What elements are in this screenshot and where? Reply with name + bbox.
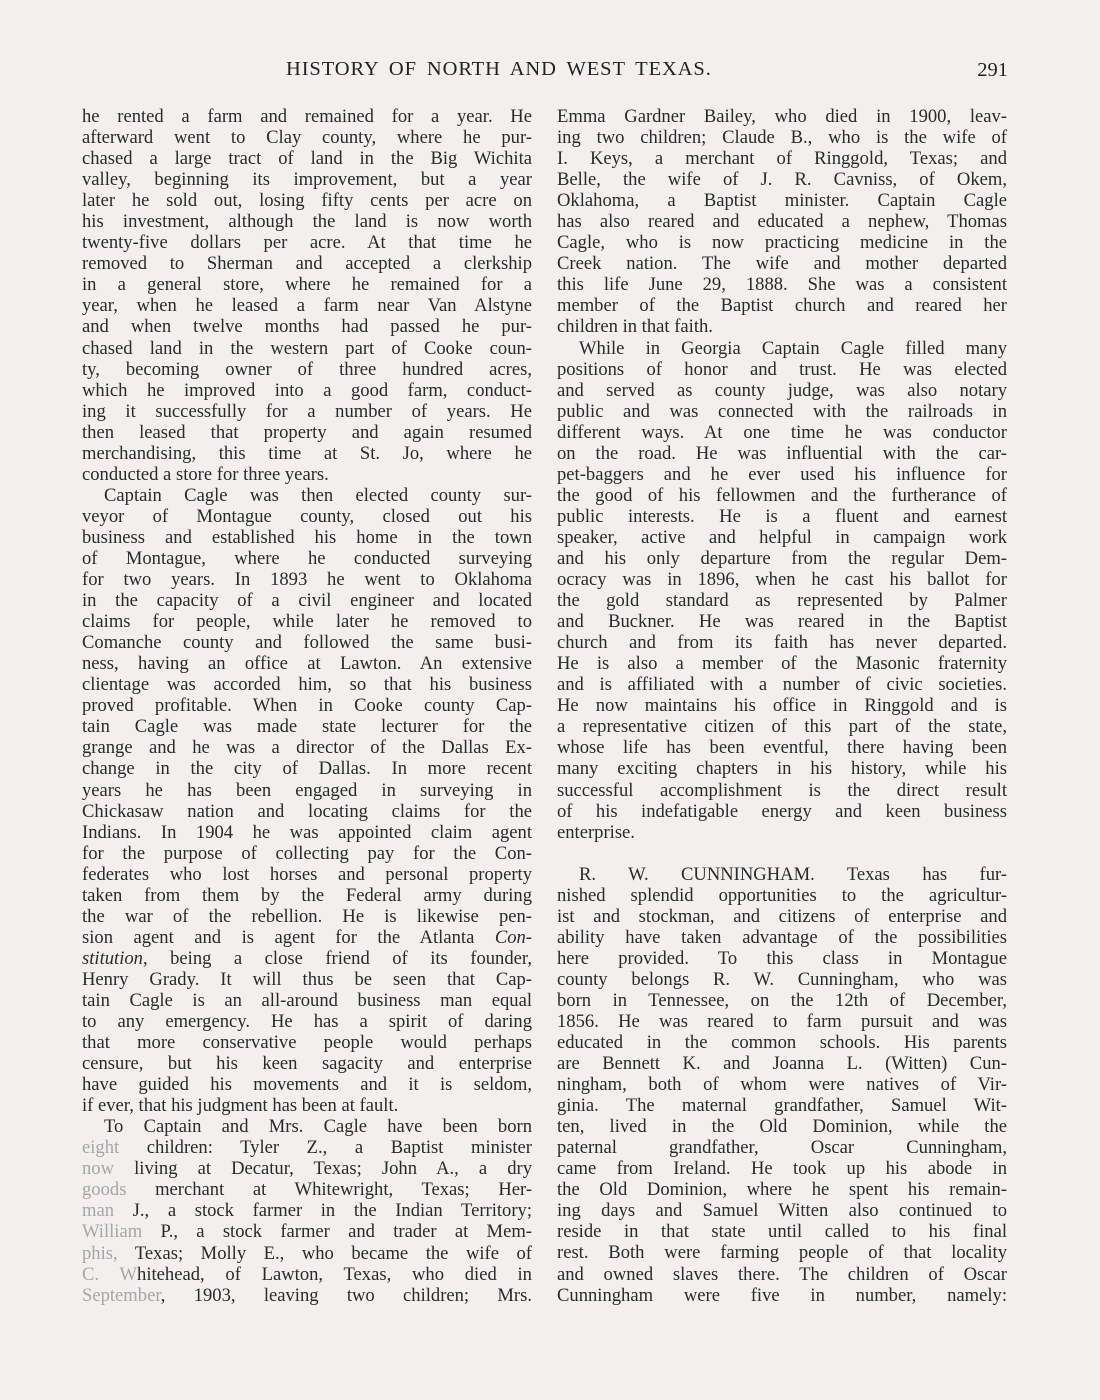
text-line: change in the city of Dallas. In more re… — [82, 758, 532, 779]
text-line: Comanche county and followed the same bu… — [82, 632, 532, 653]
text-line: year, when he leased a farm near Van Als… — [82, 295, 532, 316]
text-line: To Captain and Mrs. Cagle have been born — [82, 1116, 532, 1137]
paragraph-family-continued: Emma Gardner Bailey, who died in 1900, l… — [557, 106, 1007, 338]
text-line: Creek nation. The wife and mother depart… — [557, 253, 1007, 274]
italic-text: stitution — [82, 948, 143, 969]
left-column: he rented a farm and remained for a year… — [82, 106, 532, 1306]
text-line: C. Whitehead, of Lawton, Texas, who died… — [82, 1264, 532, 1285]
text-line: different ways. At one time he was condu… — [557, 422, 1007, 443]
text-line: ing days and Samuel Witten also continue… — [557, 1200, 1007, 1221]
text-line: and when twelve months had passed he pur… — [82, 316, 532, 337]
text-line: claims for people, while later he remove… — [82, 611, 532, 632]
right-column: Emma Gardner Bailey, who died in 1900, l… — [557, 106, 1007, 1306]
text-line: his investment, although the land is now… — [82, 211, 532, 232]
text-line: to any emergency. He has a spirit of dar… — [82, 1011, 532, 1032]
text-line: a representative citizen of this part of… — [557, 716, 1007, 737]
text-line: chased a large tract of land in the Big … — [82, 148, 532, 169]
text-line: he rented a farm and remained for a year… — [82, 106, 532, 127]
text-line: have guided his movements and it is seld… — [82, 1074, 532, 1095]
text-line: later he sold out, losing fifty cents pe… — [82, 190, 532, 211]
text-line: the good of his fellowmen and the furthe… — [557, 485, 1007, 506]
text-line: business and established his home in the… — [82, 527, 532, 548]
text-line: proved profitable. When in Cooke county … — [82, 695, 532, 716]
text-line: member of the Baptist church and reared … — [557, 295, 1007, 316]
text-line: tain Cagle is an all-around business man… — [82, 990, 532, 1011]
text-line: phis, Texas; Molly E., who became the wi… — [82, 1243, 532, 1264]
text-line: pet-baggers and he ever used his influen… — [557, 464, 1007, 485]
faded-text: now — [82, 1158, 114, 1179]
text-line: afterward went to Clay county, where he … — [82, 127, 532, 148]
text-line: positions of honor and trust. He was ele… — [557, 359, 1007, 380]
text-line: reside in that state until called to his… — [557, 1221, 1007, 1242]
text-line: September, 1903, leaving two children; M… — [82, 1285, 532, 1306]
text-line: I. Keys, a merchant of Ringgold, Texas; … — [557, 148, 1007, 169]
text-line: then leased that property and again resu… — [82, 422, 532, 443]
text-line: grange and he was a director of the Dall… — [82, 737, 532, 758]
text-line: taken from them by the Federal army duri… — [82, 885, 532, 906]
text-line: merchandising, this time at St. Jo, wher… — [82, 443, 532, 464]
text-line: conducted a store for three years. — [82, 464, 532, 485]
text-line: public and was connected with the railro… — [557, 401, 1007, 422]
text-line: ist and stockman, and citizens of enterp… — [557, 906, 1007, 927]
faded-text: goods — [82, 1179, 126, 1200]
text-line: which he improved into a good farm, cond… — [82, 380, 532, 401]
text-line: twenty-five dollars per acre. At that ti… — [82, 232, 532, 253]
text-line: nished splendid opportunities to the agr… — [557, 885, 1007, 906]
text-line: Oklahoma, a Baptist minister. Captain Ca… — [557, 190, 1007, 211]
text-line: removed to Sherman and accepted a clerks… — [82, 253, 532, 274]
text-line: ness, having an office at Lawton. An ext… — [82, 653, 532, 674]
text-line: ginia. The maternal grandfather, Samuel … — [557, 1095, 1007, 1116]
faded-text: September — [82, 1285, 161, 1306]
text-line: on the road. He was influential with the… — [557, 443, 1007, 464]
page-header: HISTORY OF NORTH AND WEST TEXAS. 291 — [286, 58, 1008, 88]
text-line: and his only departure from the regular … — [557, 548, 1007, 569]
text-line: 1856. He was reared to farm pursuit and … — [557, 1011, 1007, 1032]
text-line: years he has been engaged in surveying i… — [82, 780, 532, 801]
text-line: ing two children; Claude B., who is the … — [557, 127, 1007, 148]
text-line: ing it successfully for a number of year… — [82, 401, 532, 422]
faded-text: William — [82, 1221, 142, 1242]
text-line: the war of the rebellion. He is likewise… — [82, 906, 532, 927]
text-line: While in Georgia Captain Cagle filled ma… — [557, 338, 1007, 359]
text-line: now living at Decatur, Texas; John A., a… — [82, 1158, 532, 1179]
text-line: Henry Grady. It will thus be seen that C… — [82, 969, 532, 990]
section-gap — [557, 843, 1007, 864]
text-line: born in Tennessee, on the 12th of Decemb… — [557, 990, 1007, 1011]
text-line: ability have taken advantage of the poss… — [557, 927, 1007, 948]
text-line: whose life has been eventful, there havi… — [557, 737, 1007, 758]
text-line: and Buckner. He was reared in the Baptis… — [557, 611, 1007, 632]
text-line: goods merchant at Whitewright, Texas; He… — [82, 1179, 532, 1200]
faded-text: phis, — [82, 1243, 118, 1264]
text-line: of Montague, where he conducted surveyin… — [82, 548, 532, 569]
text-line: sion agent and is agent for the Atlanta … — [82, 927, 532, 948]
text-line: and owned slaves there. The children of … — [557, 1264, 1007, 1285]
text-line: church and from its faith has never depa… — [557, 632, 1007, 653]
faded-text: man — [82, 1200, 114, 1221]
text-line: valley, beginning its improvement, but a… — [82, 169, 532, 190]
text-line: and served as county judge, was also not… — [557, 380, 1007, 401]
text-line: ningham, both of whom were natives of Vi… — [557, 1074, 1007, 1095]
text-line: federates who lost horses and personal p… — [82, 864, 532, 885]
text-line: Emma Gardner Bailey, who died in 1900, l… — [557, 106, 1007, 127]
text-line: ten, lived in the Old Dominion, while th… — [557, 1116, 1007, 1137]
text-line: county belongs R. W. Cunningham, who was — [557, 969, 1007, 990]
text-line: came from Ireland. He took up his abode … — [557, 1158, 1007, 1179]
text-line: chased land in the western part of Cooke… — [82, 338, 532, 359]
text-line: public interests. He is a fluent and ear… — [557, 506, 1007, 527]
text-line: tain Cagle was made state lecturer for t… — [82, 716, 532, 737]
faded-text: C. W — [82, 1264, 137, 1285]
text-line: paternal grandfather, Oscar Cunningham, — [557, 1137, 1007, 1158]
paragraph-county-surveyor: Captain Cagle was then elected county su… — [82, 485, 532, 1116]
text-line: are Bennett K. and Joanna L. (Witten) Cu… — [557, 1053, 1007, 1074]
text-line: clientage was accorded him, so that his … — [82, 674, 532, 695]
text-line: that more conservative people would perh… — [82, 1032, 532, 1053]
text-line: eight children: Tyler Z., a Baptist mini… — [82, 1137, 532, 1158]
text-line: censure, but his keen sagacity and enter… — [82, 1053, 532, 1074]
text-line: rest. Both were farming people of that l… — [557, 1242, 1007, 1263]
text-line: enterprise. — [557, 822, 1007, 843]
text-line: ocracy was in 1896, when he cast his bal… — [557, 569, 1007, 590]
text-line: in a general store, where he remained fo… — [82, 274, 532, 295]
paragraph-georgia-career: While in Georgia Captain Cagle filled ma… — [557, 338, 1007, 843]
biography-heading-line: R. W. CUNNINGHAM. Texas has fur- — [557, 864, 1007, 885]
text-line: Chickasaw nation and locating claims for… — [82, 801, 532, 822]
text-line: speaker, active and helpful in campaign … — [557, 527, 1007, 548]
text-line: Cagle, who is now practicing medicine in… — [557, 232, 1007, 253]
text-line: Cunningham were five in number, namely: — [557, 1285, 1007, 1306]
text-line: and is affiliated with a number of civic… — [557, 674, 1007, 695]
text-line: if ever, that his judgment has been at f… — [82, 1095, 532, 1116]
text-line: ty, becoming owner of three hundred acre… — [82, 359, 532, 380]
text-line: man J., a stock farmer in the Indian Ter… — [82, 1200, 532, 1221]
faded-text: eight — [82, 1137, 119, 1158]
text-line: Captain Cagle was then elected county su… — [82, 485, 532, 506]
paragraph-farming-career: he rented a farm and remained for a year… — [82, 106, 532, 485]
text-line: Belle, the wife of J. R. Cavniss, of Oke… — [557, 169, 1007, 190]
text-line: children in that faith. — [557, 316, 1007, 337]
text-line: successful accomplishment is the direct … — [557, 780, 1007, 801]
paragraph-cunningham-biography: R. W. CUNNINGHAM. Texas has fur- nished … — [557, 864, 1007, 1306]
text-line: educated in the common schools. His pare… — [557, 1032, 1007, 1053]
text-line: this life June 29, 1888. She was a consi… — [557, 274, 1007, 295]
text-line: the Old Dominion, where he spent his rem… — [557, 1179, 1007, 1200]
text-line: has also reared and educated a nephew, T… — [557, 211, 1007, 232]
text-line: of his indefatigable energy and keen bus… — [557, 801, 1007, 822]
text-line: veyor of Montague county, closed out his — [82, 506, 532, 527]
italic-text: Con- — [495, 927, 532, 948]
text-line: stitution, being a close friend of its f… — [82, 948, 532, 969]
page-number: 291 — [977, 59, 1008, 82]
text-line: the gold standard as represented by Palm… — [557, 590, 1007, 611]
text-line: here provided. To this class in Montague — [557, 948, 1007, 969]
text-line: He is also a member of the Masonic frate… — [557, 653, 1007, 674]
text-line: in the capacity of a civil engineer and … — [82, 590, 532, 611]
text-line: for the purpose of collecting pay for th… — [82, 843, 532, 864]
text-line: for two years. In 1893 he went to Oklaho… — [82, 569, 532, 590]
text-line: William P., a stock farmer and trader at… — [82, 1221, 532, 1242]
paragraph-children: To Captain and Mrs. Cagle have been born… — [82, 1116, 532, 1305]
text-line: many exciting chapters in his history, w… — [557, 758, 1007, 779]
running-title: HISTORY OF NORTH AND WEST TEXAS. — [286, 58, 712, 81]
text-line: He now maintains his office in Ringgold … — [557, 695, 1007, 716]
text-line: Indians. In 1904 he was appointed claim … — [82, 822, 532, 843]
